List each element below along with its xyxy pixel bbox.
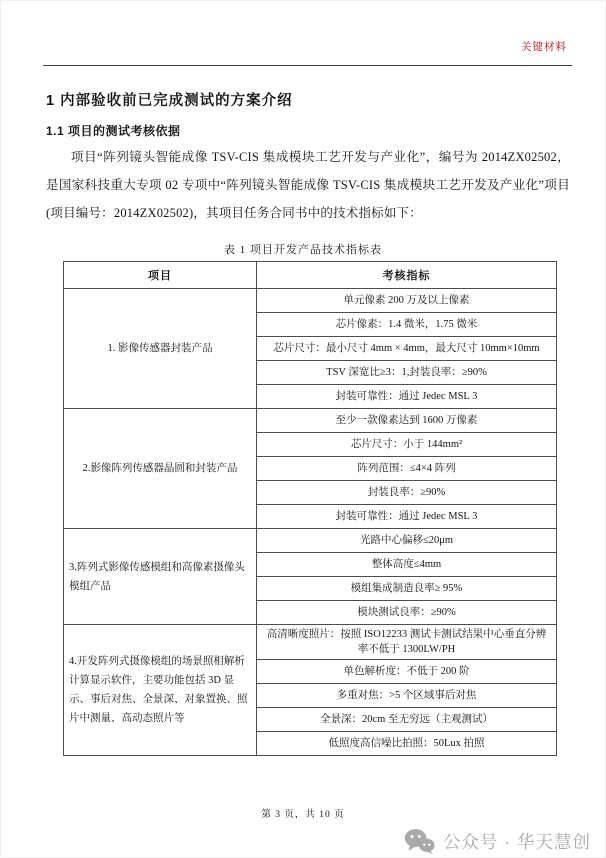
table-row: 1. 影像传感器封装产品单元像素 200 万及以上像素: [64, 289, 557, 313]
section-heading: 1 内部验收前已完成测试的方案介绍: [46, 89, 293, 110]
indicator-cell: 模组集成制造良率≥ 95%: [257, 577, 557, 601]
indicator-cell: 阵列范围：≤4×4 阵列: [257, 457, 557, 481]
indicator-cell: 芯片尺寸：小于 144mm²: [257, 433, 557, 457]
wechat-icon: [404, 828, 435, 855]
table-row: 4.开发阵列式摄像模组的场景照相解析计算显示软件，主要功能包括 3D 显示、事后…: [64, 625, 557, 660]
subsection-heading: 1.1 项目的测试考核依据: [46, 122, 181, 139]
indicator-cell: 光路中心偏移≤20μm: [257, 529, 557, 553]
item-cell: 4.开发阵列式摄像模组的场景照相解析计算显示软件，主要功能包括 3D 显示、事后…: [64, 625, 257, 756]
watermark-text: 公众号 · 华天慧创: [443, 829, 591, 854]
indicator-cell: 多重对焦：>5 个区域事后对焦: [257, 684, 557, 708]
indicator-cell: 低照度高信噪比拍照：50Lux 拍照: [257, 732, 557, 756]
page-number-footer: 第 3 页，共 10 页: [1, 806, 605, 820]
indicator-cell: 模块测试良率：≥90%: [257, 601, 557, 625]
header-divider: [43, 65, 572, 66]
indicator-table-body: 1. 影像传感器封装产品单元像素 200 万及以上像素芯片像素：1.4 微米，1…: [64, 289, 557, 756]
indicator-cell: 封装良率：≥90%: [257, 481, 557, 505]
indicator-cell: 封装可靠性：通过 Jedec MSL 3: [257, 505, 557, 529]
table-row: 3.阵列式影像传感模组和高像素摄像头模组产品光路中心偏移≤20μm: [64, 529, 557, 553]
watermark: 公众号 · 华天慧创: [404, 828, 591, 855]
indicator-cell: 单元像素 200 万及以上像素: [257, 289, 557, 313]
table-header-row: 项目 考核指标: [64, 262, 557, 289]
item-cell: 1. 影像传感器封装产品: [64, 289, 257, 409]
indicator-cell: TSV 深宽比≥3：1,封装良率：≥90%: [257, 361, 557, 385]
indicator-cell: 全景深：20cm 至无穷远（主观测试）: [257, 708, 557, 732]
indicator-cell: 至少一款像素达到 1600 万像素: [257, 409, 557, 433]
table-header-item: 项目: [64, 262, 257, 289]
indicator-cell: 整体高度≤4mm: [257, 553, 557, 577]
item-cell: 2.影像阵列传感器晶圆和封装产品: [64, 409, 257, 529]
indicator-cell: 单色解析度：不低于 200 阶: [257, 660, 557, 684]
indicator-cell: 封装可靠性：通过 Jedec MSL 3: [257, 385, 557, 409]
item-cell: 3.阵列式影像传感模组和高像素摄像头模组产品: [64, 529, 257, 625]
body-paragraph: 项目“阵列镜头智能成像 TSV-CIS 集成模块工艺开发与产业化”，编号为 20…: [46, 143, 570, 227]
table-caption: 表 1 项目开发产品技术指标表: [1, 241, 605, 257]
indicator-cell: 芯片像素：1.4 微米，1.75 微米: [257, 313, 557, 337]
table-header-indicator: 考核指标: [257, 262, 557, 289]
header-classification-label: 关键材料: [521, 39, 567, 54]
table-row: 2.影像阵列传感器晶圆和封装产品至少一款像素达到 1600 万像素: [64, 409, 557, 433]
document-page: 关键材料 1 内部验收前已完成测试的方案介绍 1.1 项目的测试考核依据 项目“…: [0, 0, 606, 858]
indicator-cell: 芯片尺寸：最小尺寸 4mm × 4mm，最大尺寸 10mm×10mm: [257, 337, 557, 361]
indicator-table: 项目 考核指标 1. 影像传感器封装产品单元像素 200 万及以上像素芯片像素：…: [63, 261, 557, 756]
indicator-cell: 高清晰度照片：按照 ISO12233 测试卡测试结果中心垂直分辨率不低于 130…: [257, 625, 557, 660]
